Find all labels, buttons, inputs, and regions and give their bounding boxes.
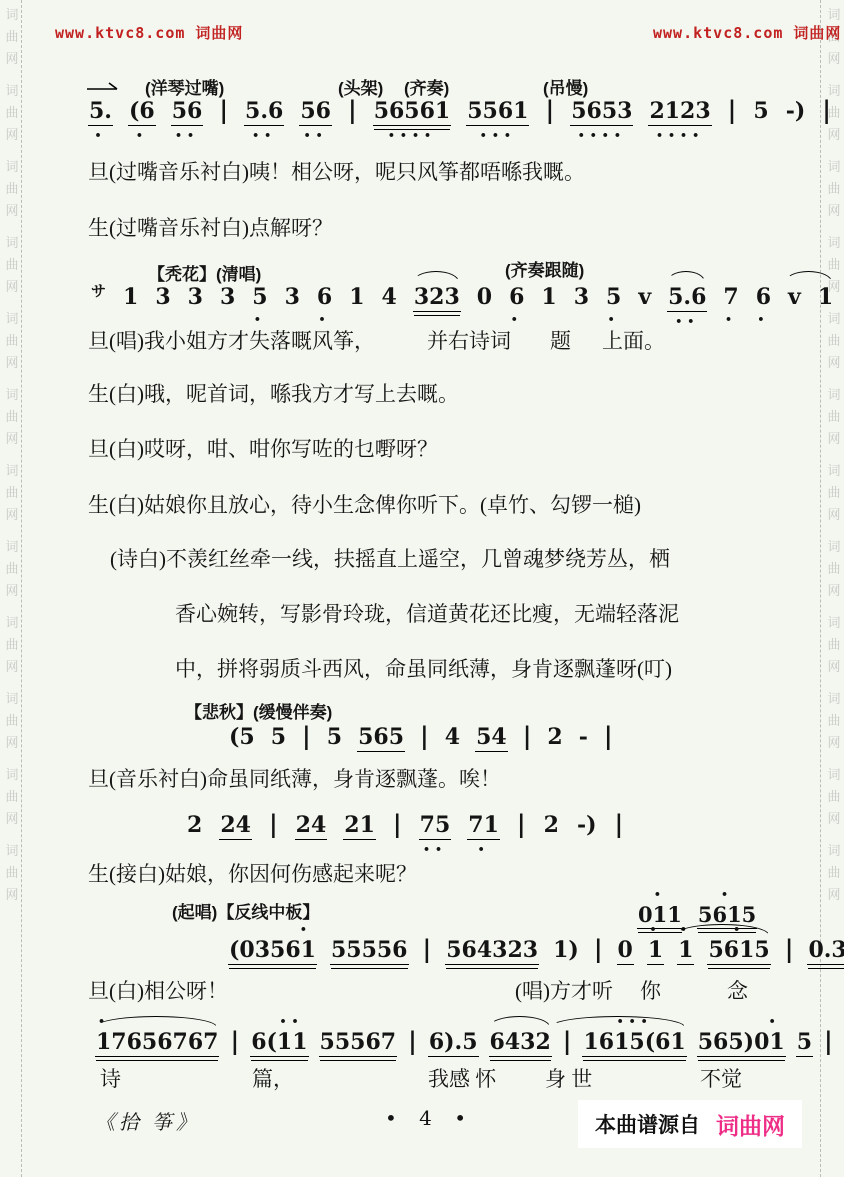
barline: | (603, 722, 614, 750)
border-char: 曲 (825, 866, 843, 880)
note-group: 56561•••• (373, 98, 452, 126)
note-group: 1 (122, 284, 139, 310)
barline: | (407, 1027, 418, 1055)
slur-arc (413, 271, 459, 282)
note-group: •5615 (707, 937, 770, 965)
border-char: 网 (3, 128, 21, 142)
border-char-group: 词曲网 (825, 388, 843, 446)
left-dashed-divider (21, 0, 22, 1177)
note-group: 5.6•• (667, 284, 707, 312)
border-char-group: 词曲网 (825, 616, 843, 674)
dialogue-dan-2: 旦(白)哎呀，咁、咁你写咗的乜嘢呀？ (88, 433, 438, 463)
barline: | (544, 96, 555, 124)
note-group: 5 (796, 1029, 813, 1057)
note-group: -) (576, 812, 598, 838)
right-dashed-divider (820, 0, 821, 1177)
note-group: •••1615(61 (582, 1029, 686, 1057)
note-group: 1 (348, 284, 365, 310)
tune-label-tuhua: 【秃花】(清唱) (148, 260, 261, 285)
border-char: 网 (3, 356, 21, 370)
octave-dots-above: • (697, 890, 757, 899)
border-char: 网 (825, 888, 843, 902)
border-char: 词 (3, 8, 21, 22)
note-group: 5 (270, 724, 287, 750)
border-char: 词 (3, 388, 21, 402)
border-char: 词 (3, 616, 21, 630)
barline: | (522, 722, 533, 750)
border-char: 词 (825, 312, 843, 326)
note-group: - (578, 724, 589, 750)
border-char: 网 (3, 584, 21, 598)
octave-dots-above: • (707, 925, 770, 934)
border-char: 曲 (825, 486, 843, 500)
music-line-intro: 5.•(6•56••|5.6••56••|56561••••5561•••|56… (88, 96, 832, 126)
music-line-beiqiu: (55|5565|454|2-| (228, 722, 614, 752)
border-char-group: 词曲网 (3, 540, 21, 598)
score-title: 《拾 筝》 (95, 1106, 200, 1135)
dialogue-dan-4: 旦(白)相公呀！ (88, 975, 228, 1005)
note-group: 1) (552, 937, 580, 963)
border-char: 词 (3, 236, 21, 250)
border-char: 曲 (3, 562, 21, 576)
border-char: 词 (825, 8, 843, 22)
note-group: 6• (316, 284, 333, 310)
note-group: 55556 (330, 937, 409, 965)
note-group: サ (90, 284, 107, 310)
octave-dots-above: •• (250, 1017, 308, 1026)
lyric-fragment: 并右诗词 (427, 325, 511, 355)
border-char: 曲 (3, 30, 21, 44)
note-group: 1 (540, 284, 557, 310)
octave-dots-below: ••• (466, 131, 529, 140)
note-group: •565)01 (697, 1029, 786, 1057)
note-group: 55567 (319, 1029, 398, 1057)
barline: | (516, 810, 527, 838)
note-group: 56•• (299, 98, 332, 126)
barline: | (821, 96, 832, 124)
octave-dots-above: • (647, 925, 664, 934)
border-char: 网 (3, 660, 21, 674)
border-char: 曲 (3, 410, 21, 424)
border-char: 曲 (825, 182, 843, 196)
border-char: 词 (825, 768, 843, 782)
note-group: 75•• (419, 812, 452, 840)
note-group: (5 (228, 724, 256, 750)
note-group: 0.3 (807, 937, 844, 965)
note-group: ••6(11 (250, 1029, 308, 1057)
border-char: 词 (825, 388, 843, 402)
note-group: 56•• (171, 98, 204, 126)
border-char: 网 (3, 52, 21, 66)
border-char: 网 (3, 280, 21, 294)
label-qizou-gensui: (齐奏跟随) (505, 256, 584, 281)
note-group: 5 (326, 724, 343, 750)
dialogue-dan-1: 旦(过嘴音乐衬白)咦！相公呀，呢只风筝都唔喺我嘅。 (88, 156, 585, 186)
barline: | (727, 96, 738, 124)
border-char: 词 (825, 692, 843, 706)
music-line-beiqiu-2: 224|2421|75••71•|2-)| (186, 810, 624, 840)
octave-dots-above: ••• (582, 1017, 686, 1026)
octave-dots-below: •• (171, 131, 204, 140)
poem-line-1: (诗白)不羡红丝牵一线，扶摇直上遥空，几曾魂梦绕芳丛，栖 (110, 543, 670, 573)
border-char-group: 词曲网 (825, 692, 843, 750)
note-group: 5 (752, 98, 769, 124)
lyric-fragment: 我感 怀 (428, 1063, 496, 1093)
barline: | (392, 810, 403, 838)
border-char: 曲 (825, 258, 843, 272)
border-char: 网 (825, 660, 843, 674)
octave-dots-above: • (637, 890, 683, 899)
note-group: 5• (251, 284, 268, 310)
dialogue-sheng-2: 生(白)哦，呢首词，喺我方才写上去嘅。 (88, 378, 459, 408)
octave-dots-above: • (95, 1017, 219, 1026)
note-group: 7• (722, 284, 739, 310)
border-char: 网 (825, 52, 843, 66)
border-char: 曲 (3, 182, 21, 196)
octave-dots-below: •••• (648, 131, 711, 140)
barline: | (301, 722, 312, 750)
music-line-tuhua: サ13335•36•1432306•135•v5.6••7•6•v1 (90, 284, 834, 312)
border-char-group: 词曲网 (3, 84, 21, 142)
border-char: 曲 (3, 866, 21, 880)
note-group: 5653•••• (570, 98, 633, 126)
octave-dots-below: • (722, 315, 739, 324)
octave-dots-below: • (467, 845, 500, 854)
barline: | (823, 1027, 834, 1055)
note-group: -) (785, 98, 807, 124)
border-char-group: 词曲网 (3, 236, 21, 294)
border-char: 网 (825, 432, 843, 446)
note-group: 2 (186, 812, 203, 838)
slur-arc (667, 271, 705, 282)
octave-dots-below: •• (244, 131, 284, 140)
barline: | (268, 810, 279, 838)
border-char: 网 (825, 204, 843, 218)
octave-dots-below: • (316, 315, 333, 324)
border-char-group: 词曲网 (825, 768, 843, 826)
header-site-link-right[interactable]: www.ktvc8.com 词曲网 (653, 22, 841, 43)
border-char-group: 词曲网 (825, 464, 843, 522)
dialogue-sheng-4: 生(接白)姑娘，你因何伤感起来呢？ (88, 858, 417, 888)
border-char: 词 (825, 540, 843, 554)
barline: | (593, 935, 604, 963)
border-char: 曲 (825, 334, 843, 348)
octave-dots-below: •••• (570, 131, 633, 140)
octave-dots-below: • (508, 315, 525, 324)
dialogue-dan-3: 旦(音乐衬白)命虽同纸薄，身肯逐飘蓬。唉！ (88, 763, 501, 793)
border-char: 词 (825, 236, 843, 250)
border-char: 网 (3, 812, 21, 826)
border-char: 曲 (825, 790, 843, 804)
note-group: 4 (381, 284, 398, 310)
barline: | (562, 1027, 573, 1055)
border-char-group: 词曲网 (3, 844, 21, 902)
note-group: 6• (755, 284, 772, 310)
border-char-group: 词曲网 (3, 616, 21, 674)
barline: | (229, 1027, 240, 1055)
lyric-fragment: 你 (640, 975, 661, 1005)
score-page: 词曲网词曲网词曲网词曲网词曲网词曲网词曲网词曲网词曲网词曲网词曲网词曲网 词曲网… (0, 0, 844, 1177)
border-char: 网 (3, 736, 21, 750)
border-char: 网 (825, 812, 843, 826)
border-char: 词 (3, 312, 21, 326)
note-group: 5.6•• (244, 98, 284, 126)
note-group: •(03561 (228, 937, 317, 965)
tune-label-beiqiu: 【悲秋】(缓慢伴奏) (185, 698, 332, 723)
note-group: v (787, 284, 802, 310)
border-char: 曲 (3, 486, 21, 500)
border-char: 词 (825, 160, 843, 174)
border-char-group: 词曲网 (825, 312, 843, 370)
note-group: 24 (295, 812, 328, 840)
border-char-group: 词曲网 (825, 540, 843, 598)
note-group: 21 (343, 812, 376, 840)
border-char-group: 词曲网 (3, 8, 21, 66)
border-char: 网 (825, 736, 843, 750)
note-group: 564323 (445, 937, 539, 965)
note-group: 6• (508, 284, 525, 310)
border-char-group: 词曲网 (3, 160, 21, 218)
lyric-fragment: 念 (727, 975, 748, 1005)
border-char: 词 (3, 692, 21, 706)
barline: | (218, 96, 229, 124)
border-char: 网 (825, 584, 843, 598)
dialogue-sheng-3: 生(白)姑娘你且放心，待小生念俾你听下。(卓竹、勾锣一槌) (88, 489, 641, 519)
octave-dots-below: •••• (373, 131, 452, 140)
lyric-fragment: 不觉 (700, 1063, 742, 1093)
left-border-ornament: 词曲网词曲网词曲网词曲网词曲网词曲网词曲网词曲网词曲网词曲网词曲网词曲网 (3, 8, 21, 920)
barline: | (614, 810, 625, 838)
barline: | (419, 722, 430, 750)
octave-dots-below: • (88, 131, 113, 140)
music-line-fanxian: •(0356155556|5643231)|0•1•1•5615|0.3 (228, 935, 844, 965)
poem-line-3: 中，拼将弱质斗西风，命虽同纸薄，身肯逐飘蓬呀(叮) (175, 653, 672, 683)
border-char-group: 词曲网 (3, 692, 21, 750)
border-char: 曲 (3, 638, 21, 652)
octave-dots-below: • (128, 131, 156, 140)
source-attribution-box: 本曲谱源自 词曲网 (578, 1100, 802, 1148)
border-char: 词 (3, 540, 21, 554)
note-group: 3 (284, 284, 301, 310)
border-char: 曲 (3, 334, 21, 348)
border-char: 词 (3, 844, 21, 858)
border-char: 曲 (3, 106, 21, 120)
dialogue-sheng-1: 生(过嘴音乐衬白)点解呀？ (88, 212, 333, 242)
border-char: 网 (3, 508, 21, 522)
border-char: 网 (3, 432, 21, 446)
note-group: 3 (573, 284, 590, 310)
border-char: 曲 (825, 714, 843, 728)
lyric-fragment: 上面。 (602, 325, 665, 355)
note-group: 5.• (88, 98, 113, 126)
border-char: 词 (825, 464, 843, 478)
note-group: 3 (219, 284, 236, 310)
note-group: 5561••• (466, 98, 529, 126)
border-char: 曲 (825, 562, 843, 576)
music-line-fanxian-2: •17656767|••6(1155567|6).56432|•••1615(6… (95, 1027, 834, 1057)
note-group: 323 (413, 284, 461, 312)
lyric-fragment: 篇， (252, 1063, 294, 1093)
border-char: 网 (3, 204, 21, 218)
note-group: 3 (154, 284, 171, 310)
slur-arc (489, 1016, 550, 1027)
note-group: 2123•••• (648, 98, 711, 126)
border-char: 曲 (3, 790, 21, 804)
border-char: 词 (3, 464, 21, 478)
note-group: 6).5 (428, 1029, 479, 1057)
note-group: 4 (444, 724, 461, 750)
border-char-group: 词曲网 (3, 388, 21, 446)
border-char: 网 (825, 508, 843, 522)
note-group: 0 (617, 937, 634, 965)
border-char: 网 (825, 128, 843, 142)
border-char: 词 (3, 768, 21, 782)
source-prefix-text: 本曲谱源自 (595, 1109, 700, 1139)
note-group: 1 (817, 284, 834, 310)
header-site-link-left[interactable]: www.ktvc8.com 词曲网 (55, 22, 243, 43)
source-site-link[interactable]: 词曲网 (716, 1108, 785, 1141)
border-char: 词 (3, 160, 21, 174)
note-group: •17656767 (95, 1029, 219, 1057)
border-char: 词 (825, 844, 843, 858)
note-group: 54 (475, 724, 508, 752)
border-char-group: 词曲网 (825, 160, 843, 218)
lyric-fragment: 诗 (100, 1063, 121, 1093)
octave-dots-below: •• (419, 845, 452, 854)
lyric-fragment: 题 (550, 325, 571, 355)
border-char-group: 词曲网 (3, 312, 21, 370)
barline: | (784, 935, 795, 963)
border-char: 曲 (3, 258, 21, 272)
note-group: 565 (357, 724, 405, 752)
tune-label-fanxian-zhongban: (起唱)【反线中板】 (172, 898, 319, 923)
border-char: 词 (3, 84, 21, 98)
note-group: 24 (219, 812, 252, 840)
border-char: 曲 (3, 714, 21, 728)
page-number: • 4 • (385, 1106, 474, 1130)
note-group: •1 (677, 937, 694, 965)
poem-line-2: 香心婉转，写影骨玲珑，信道黄花还比瘦，无端轻落泥 (175, 598, 679, 628)
note-group: 0 (476, 284, 493, 310)
barline: | (347, 96, 358, 124)
note-group: •1 (647, 937, 664, 965)
octave-dots-below: • (251, 315, 268, 324)
octave-dots-below: •• (299, 131, 332, 140)
border-char-group: 词曲网 (3, 768, 21, 826)
octave-dots-above: • (228, 925, 317, 934)
lyric-fragment: 身 世 (545, 1063, 592, 1093)
octave-dots-below: •• (667, 317, 707, 326)
octave-dots-above: • (697, 1017, 786, 1026)
octave-dots-below: • (605, 315, 622, 324)
border-char: 网 (3, 888, 21, 902)
note-group: 2 (543, 812, 560, 838)
tie-arrow-mark (86, 80, 122, 94)
note-group: 6432 (489, 1029, 552, 1057)
border-char: 网 (825, 356, 843, 370)
note-group: v (637, 284, 652, 310)
right-border-ornament: 词曲网词曲网词曲网词曲网词曲网词曲网词曲网词曲网词曲网词曲网词曲网词曲网 (825, 8, 843, 920)
octave-dots-below: • (755, 315, 772, 324)
note-group: 2 (546, 724, 563, 750)
border-char: 曲 (825, 638, 843, 652)
lyric-fragment: (唱)方才听 (515, 975, 613, 1005)
border-char: 曲 (825, 410, 843, 424)
border-char: 词 (825, 616, 843, 630)
barline: | (422, 935, 433, 963)
note-group: 3 (187, 284, 204, 310)
note-group: (6• (128, 98, 156, 126)
border-char-group: 词曲网 (825, 844, 843, 902)
note-group: 71• (467, 812, 500, 840)
border-char-group: 词曲网 (3, 464, 21, 522)
lyric-fragment: 旦(唱)我小姐方才失落嘅风筝， (88, 325, 375, 355)
note-group: 5• (605, 284, 622, 310)
